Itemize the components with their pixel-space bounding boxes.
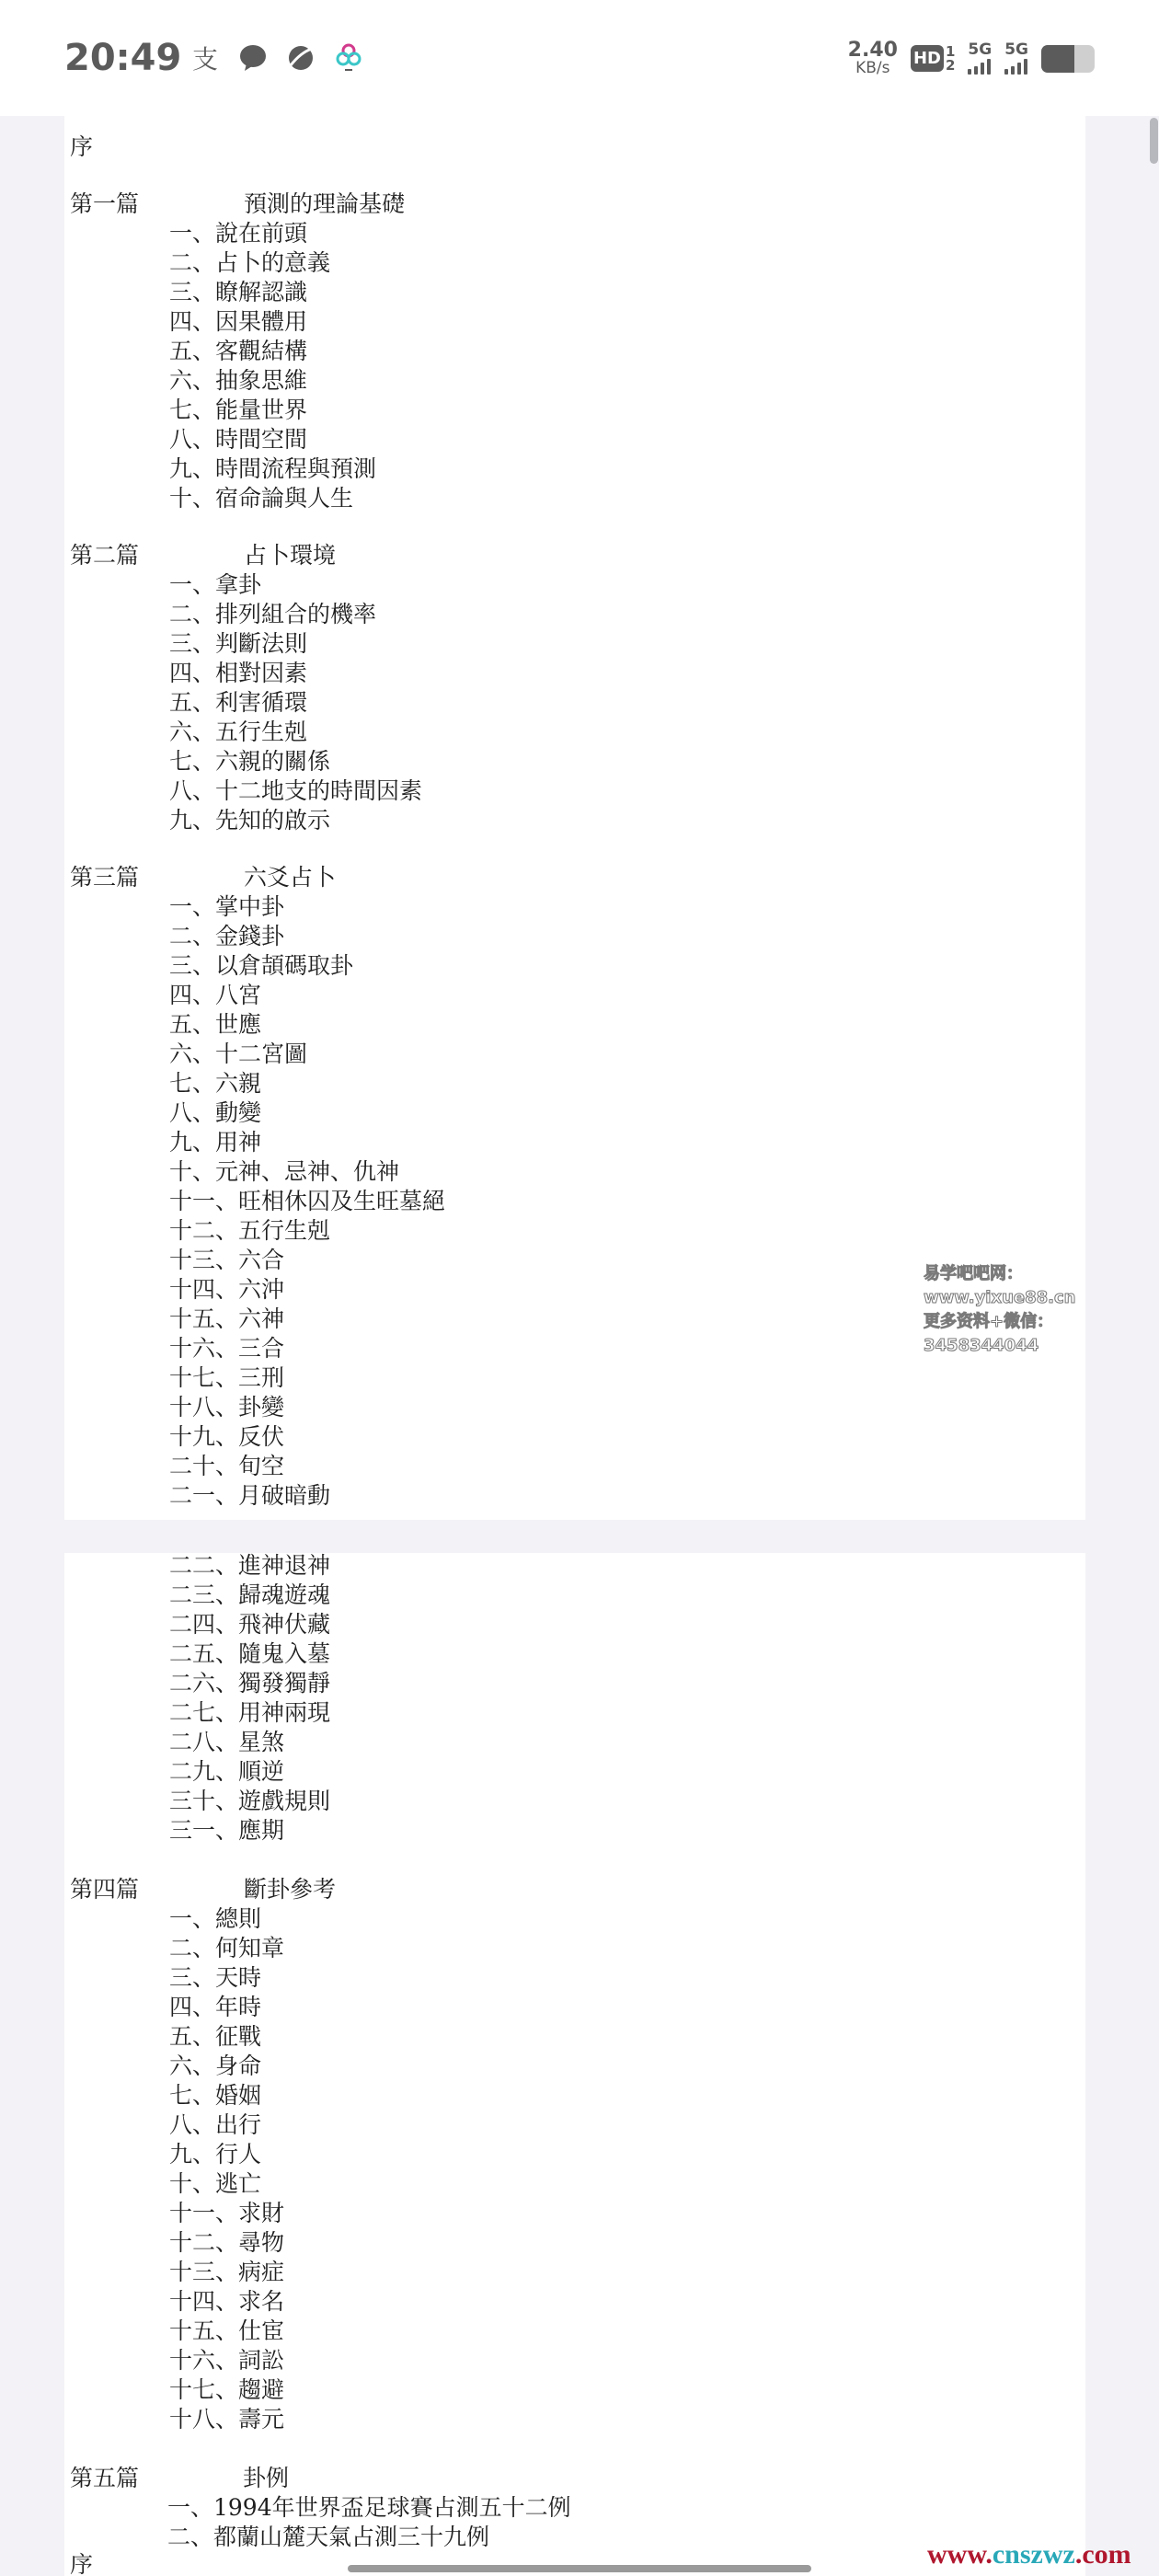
- toc-item[interactable]: 七、能量世界: [169, 396, 307, 425]
- toc-item[interactable]: 二、都蘭山麓天氣占測三十九例: [167, 2523, 489, 2552]
- toc-item[interactable]: 四、八宮: [169, 981, 261, 1010]
- app-clover-icon: [333, 42, 364, 74]
- toc-item[interactable]: 四、年時: [169, 1993, 261, 2022]
- browser-planet-icon: [285, 42, 316, 74]
- toc-item[interactable]: 十二、尋物: [169, 2228, 284, 2258]
- toc-item[interactable]: 四、相對因素: [169, 659, 307, 688]
- toc-item[interactable]: 八、出行: [169, 2110, 261, 2140]
- section-5-title[interactable]: 卦例: [243, 2464, 289, 2493]
- toc-item[interactable]: 十三、病症: [169, 2258, 284, 2287]
- alipay-icon: 支: [189, 42, 221, 74]
- toc-item[interactable]: 十、逃亡: [169, 2169, 261, 2199]
- watermark-yixue: 易学吧吧网：www.yixue88.cn 更多资料+微信：3458344044: [924, 1262, 1159, 1358]
- chat-bubble-icon: [237, 42, 269, 74]
- toc-item[interactable]: 五、客觀結構: [169, 337, 307, 366]
- toc-item[interactable]: 九、用神: [169, 1128, 261, 1157]
- toc-item[interactable]: 十九、反伏: [169, 1422, 284, 1452]
- toc-item[interactable]: 九、時間流程與預測: [169, 454, 376, 484]
- section-4-label[interactable]: 第四篇: [70, 1875, 139, 1904]
- toc-item[interactable]: 十一、求財: [169, 2199, 284, 2228]
- toc-item[interactable]: 二三、歸魂遊魂: [169, 1581, 330, 1610]
- section-2-title[interactable]: 占卜環境: [244, 541, 336, 570]
- toc-item[interactable]: 二九、順逆: [169, 1757, 284, 1787]
- toc-item[interactable]: 二二、進神退神: [169, 1551, 330, 1581]
- toc-item[interactable]: 一、1994年世界盃足球賽占測五十二例: [167, 2493, 571, 2523]
- toc-item[interactable]: 十八、壽元: [169, 2405, 284, 2434]
- toc-item[interactable]: 六、五行生剋: [169, 718, 307, 747]
- toc-item[interactable]: 八、時間空間: [169, 425, 307, 454]
- system-indicators: 2.40 KB/s HD 12 5G 5G: [848, 40, 1095, 76]
- toc-item[interactable]: 八、十二地支的時間因素: [169, 776, 422, 806]
- toc-item[interactable]: 二八、星煞: [169, 1728, 284, 1757]
- toc-item[interactable]: 三十、遊戲規則: [169, 1787, 330, 1816]
- toc-item[interactable]: 十四、求名: [169, 2287, 284, 2317]
- toc-item[interactable]: 四、因果體用: [169, 307, 307, 337]
- toc-item[interactable]: 三一、應期: [169, 1816, 284, 1846]
- toc-item[interactable]: 六、十二宮圖: [169, 1040, 307, 1069]
- toc-item[interactable]: 五、世應: [169, 1010, 261, 1040]
- toc-item[interactable]: 七、六親的關係: [169, 747, 330, 776]
- toc-item[interactable]: 十五、六神: [169, 1305, 284, 1334]
- toc-item[interactable]: 十三、六合: [169, 1246, 284, 1275]
- section-3-label[interactable]: 第三篇: [70, 863, 139, 892]
- toc-item[interactable]: 七、六親: [169, 1069, 261, 1098]
- toc-item[interactable]: 十四、六沖: [169, 1275, 284, 1305]
- toc-item[interactable]: 六、抽象思維: [169, 366, 307, 396]
- section-1-label[interactable]: 第一篇: [70, 190, 139, 219]
- toc-item[interactable]: 二五、隨鬼入墓: [169, 1639, 330, 1669]
- section-3-title[interactable]: 六爻占卜: [244, 863, 336, 892]
- toc-item[interactable]: 三、天時: [169, 1963, 261, 1993]
- toc-item[interactable]: 九、先知的啟示: [169, 806, 330, 835]
- toc-item[interactable]: 三、以倉頡碼取卦: [169, 951, 353, 981]
- toc-item[interactable]: 十八、卦變: [169, 1393, 284, 1422]
- toc-item[interactable]: 二、何知章: [169, 1934, 284, 1963]
- section-5-label[interactable]: 第五篇: [70, 2464, 139, 2493]
- toc-item[interactable]: 二、金錢卦: [169, 922, 284, 951]
- toc-item[interactable]: 六、身命: [169, 2052, 261, 2081]
- toc-item[interactable]: 三、瞭解認識: [169, 278, 307, 307]
- document-page-2: 二二、進神退神 二三、歸魂遊魂 二四、飛神伏藏 二五、隨鬼入墓 二六、獨發獨靜 …: [64, 1553, 1085, 2576]
- toc-item[interactable]: 十一、旺相休囚及生旺墓絕: [169, 1187, 445, 1216]
- toc-item[interactable]: 十七、趨避: [169, 2375, 284, 2405]
- status-bar: 20:49 支 2.40 KB/s HD 12 5G 5G: [0, 0, 1159, 116]
- toc-item[interactable]: 一、拿卦: [169, 570, 261, 600]
- toc-item[interactable]: 二、占卜的意義: [169, 248, 330, 278]
- toc-item[interactable]: 二四、飛神伏藏: [169, 1610, 330, 1639]
- toc-item[interactable]: 十五、仕宦: [169, 2317, 284, 2346]
- toc-item[interactable]: 一、總則: [169, 1904, 261, 1934]
- vertical-scrollbar[interactable]: [1150, 118, 1158, 164]
- notification-icons: 支: [189, 42, 364, 74]
- toc-item[interactable]: 八、動變: [169, 1098, 261, 1128]
- toc-item[interactable]: 三、判斷法則: [169, 629, 307, 659]
- toc-item[interactable]: 五、征戰: [169, 2022, 261, 2052]
- watermark-site: www.cnszwz.com: [927, 2539, 1131, 2570]
- signal-sim2-icon: 5G: [1004, 42, 1028, 75]
- toc-item[interactable]: 十六、詞訟: [169, 2346, 284, 2375]
- section-4-title[interactable]: 斷卦參考: [244, 1875, 336, 1904]
- toc-item[interactable]: 十、元神、忌神、仇神: [169, 1157, 399, 1187]
- toc-item[interactable]: 二、排列組合的機率: [169, 600, 376, 629]
- toc-item[interactable]: 二七、用神兩現: [169, 1698, 330, 1728]
- clock: 20:49: [64, 37, 181, 79]
- toc-item[interactable]: 十六、三合: [169, 1334, 284, 1363]
- toc-item[interactable]: 二一、月破暗動: [169, 1481, 330, 1511]
- signal-sim1-icon: 5G: [968, 42, 992, 75]
- toc-item[interactable]: 一、掌中卦: [169, 892, 284, 922]
- hd-voice-icon: HD 12: [911, 45, 955, 73]
- toc-item[interactable]: 一、說在前頭: [169, 219, 307, 248]
- toc-item[interactable]: 二十、旬空: [169, 1452, 284, 1481]
- toc-item[interactable]: 十二、五行生剋: [169, 1216, 330, 1246]
- section-1-title[interactable]: 預測的理論基礎: [244, 190, 405, 219]
- toc-item[interactable]: 五、利害循環: [169, 688, 307, 718]
- toc-item[interactable]: 七、婚姻: [169, 2081, 261, 2110]
- horizontal-scrollbar[interactable]: [348, 2565, 811, 2572]
- toc-item[interactable]: 十七、三刑: [169, 1363, 284, 1393]
- network-speed: 2.40 KB/s: [848, 40, 898, 76]
- section-2-label[interactable]: 第二篇: [70, 541, 139, 570]
- battery-icon: [1041, 45, 1095, 73]
- toc-item[interactable]: 十、宿命論與人生: [169, 484, 353, 513]
- toc-item[interactable]: 二六、獨發獨靜: [169, 1669, 330, 1698]
- preface-heading-2[interactable]: 序: [70, 2550, 93, 2576]
- preface-heading[interactable]: 序: [70, 132, 93, 162]
- toc-item[interactable]: 九、行人: [169, 2140, 261, 2169]
